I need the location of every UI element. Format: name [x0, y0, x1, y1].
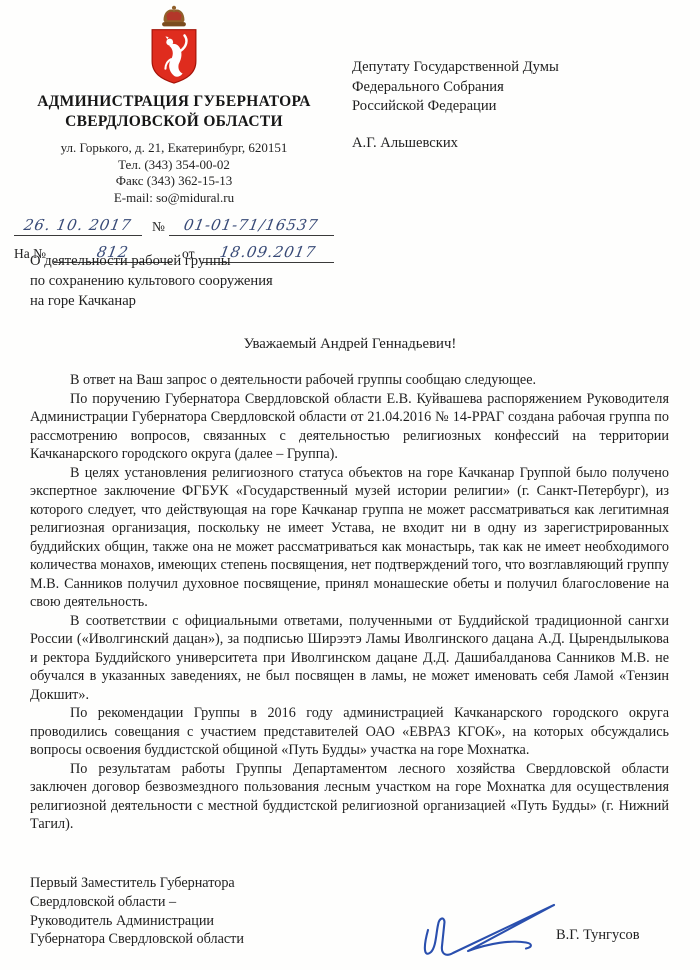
fax-line: Факс (343) 362-15-13 — [0, 173, 348, 190]
address-line: ул. Горького, д. 21, Екатеринбург, 62015… — [0, 140, 348, 157]
contact-block: ул. Горького, д. 21, Екатеринбург, 62015… — [0, 140, 348, 206]
letter-body: В ответ на Ваш запрос о деятельности раб… — [30, 371, 669, 834]
signer-position-line: Руководитель Администрации — [30, 912, 244, 931]
signer-position-block: Первый Заместитель Губернатора Свердловс… — [30, 874, 244, 949]
subject-line: на горе Качканар — [30, 291, 273, 311]
number-label: № — [152, 219, 169, 236]
org-name-line2: СВЕРДЛОВСКОЙ ОБЛАСТИ — [0, 112, 348, 132]
handwritten-signature-icon — [408, 888, 578, 970]
outgoing-reference-row: 26. 10. 2017 № 01-01-71/16537 — [14, 216, 334, 236]
body-paragraph: По рекомендации Группы в 2016 году админ… — [30, 704, 669, 760]
signer-position-line: Первый Заместитель Губернатора — [30, 874, 244, 893]
scanned-letter-page: АДМИНИСТРАЦИЯ ГУБЕРНАТОРА СВЕРДЛОВСКОЙ О… — [0, 0, 700, 970]
email-line: E-mail: so@midural.ru — [0, 190, 348, 207]
signer-name: В.Г. Тунгусов — [556, 927, 640, 944]
body-paragraph: По результатам работы Группы Департамент… — [30, 760, 669, 834]
outgoing-date-handwritten: 26. 10. 2017 — [23, 216, 134, 234]
body-paragraph: По поручению Губернатора Свердловской об… — [30, 390, 669, 464]
salutation: Уважаемый Андрей Геннадьевич! — [0, 336, 700, 353]
recipient-line: Депутату Государственной Думы — [352, 58, 682, 78]
recipient-name: А.Г. Альшевских — [352, 134, 682, 154]
body-paragraph: В соответствии с официальными ответами, … — [30, 612, 669, 705]
outgoing-number-field: 01-01-71/16537 — [169, 216, 334, 236]
body-paragraph: В целях установления религиозного статус… — [30, 464, 669, 612]
letterhead: АДМИНИСТРАЦИЯ ГУБЕРНАТОРА СВЕРДЛОВСКОЙ О… — [0, 0, 348, 263]
body-paragraph: В ответ на Ваш запрос о деятельности раб… — [30, 371, 669, 390]
outgoing-date-field: 26. 10. 2017 — [14, 216, 142, 236]
recipient-block: Депутату Государственной Думы Федерально… — [352, 58, 682, 153]
phone-line: Тел. (343) 354-00-02 — [0, 157, 348, 174]
recipient-line: Федерального Собрания — [352, 78, 682, 98]
signer-position-line: Свердловской области – — [30, 893, 244, 912]
subject-block: О деятельности рабочей группы по сохране… — [30, 251, 273, 311]
subject-line: О деятельности рабочей группы — [30, 251, 273, 271]
coat-of-arms-icon — [0, 4, 348, 89]
signer-position-line: Губернатора Свердловской области — [30, 930, 244, 949]
subject-line: по сохранению культового сооружения — [30, 271, 273, 291]
recipient-line: Российской Федерации — [352, 97, 682, 117]
organization-name: АДМИНИСТРАЦИЯ ГУБЕРНАТОРА СВЕРДЛОВСКОЙ О… — [0, 92, 348, 132]
outgoing-number-handwritten: 01-01-71/16537 — [183, 216, 320, 234]
org-name-line1: АДМИНИСТРАЦИЯ ГУБЕРНАТОРА — [0, 92, 348, 112]
